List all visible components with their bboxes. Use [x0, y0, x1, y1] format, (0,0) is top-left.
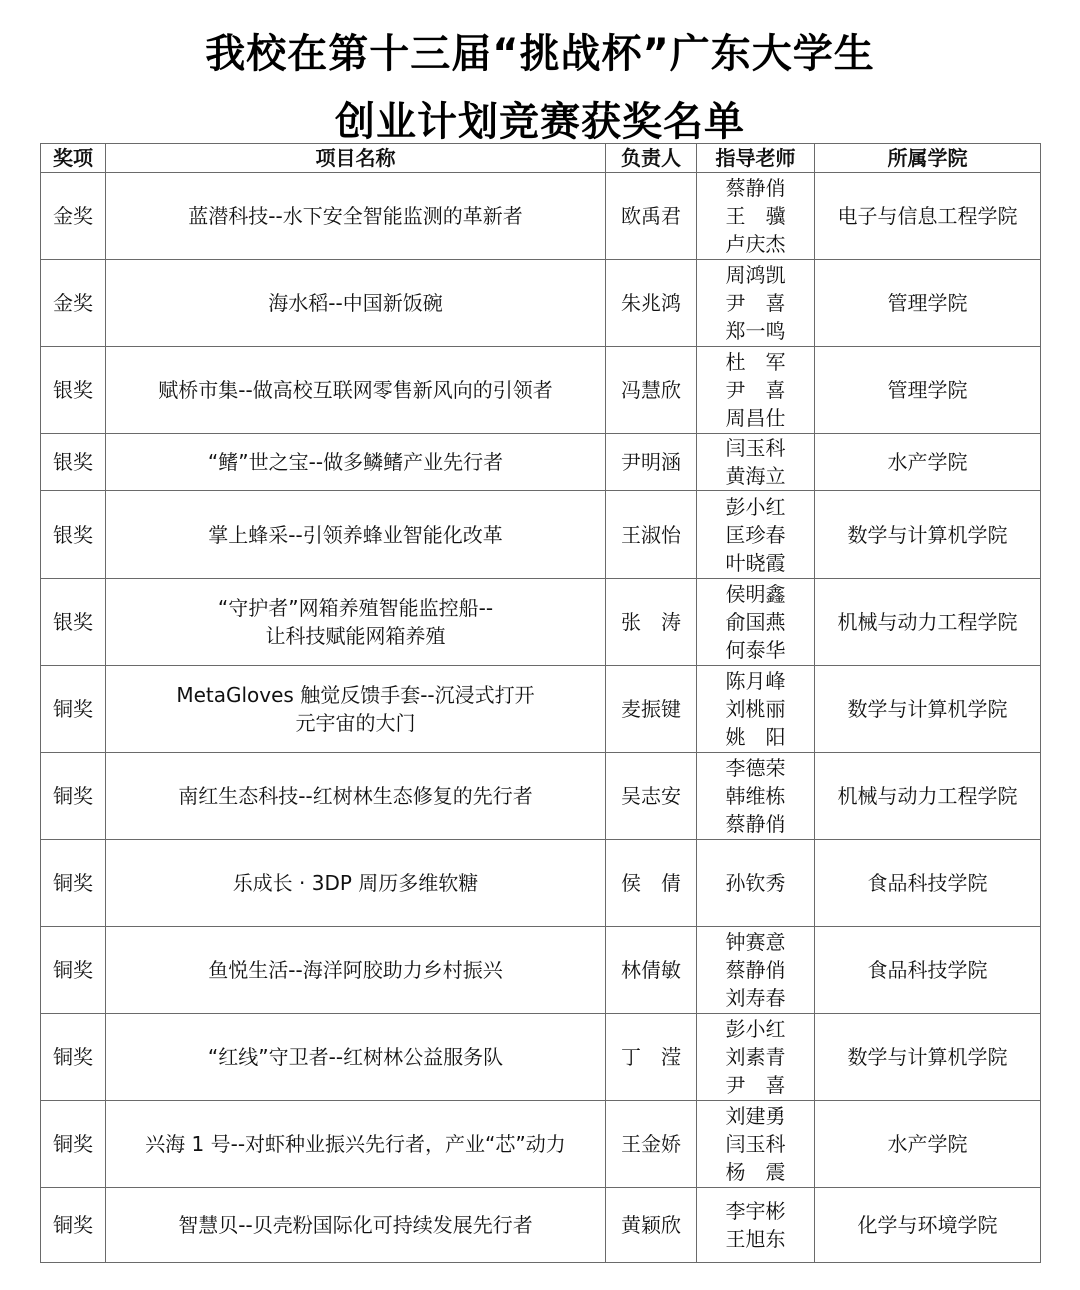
- project-name-line: 海水稻--中国新饭碗: [106, 289, 605, 317]
- award-cell: 铜奖: [41, 927, 106, 1014]
- project-name-line: 掌上蜂采--引领养蜂业智能化改革: [106, 521, 605, 549]
- advisor-name: 蔡静俏: [697, 174, 814, 202]
- project-name-cell: 掌上蜂采--引领养蜂业智能化改革: [106, 491, 606, 579]
- project-name-line: “守护者”网箱养殖智能监控船--: [106, 594, 605, 622]
- award-cell: 铜奖: [41, 753, 106, 840]
- advisor-name: 蔡静俏: [697, 810, 814, 838]
- advisor-name: 李宇彬: [697, 1197, 814, 1225]
- advisor-name: 姚 阳: [697, 723, 814, 751]
- project-name-cell: 蓝潜科技--水下安全智能监测的革新者: [106, 173, 606, 260]
- header-college: 所属学院: [815, 144, 1041, 173]
- award-cell: 银奖: [41, 579, 106, 666]
- advisor-name: 刘寿春: [697, 984, 814, 1012]
- advisors-cell: 闫玉科黄海立: [697, 434, 815, 491]
- college-cell: 食品科技学院: [815, 927, 1041, 1014]
- college-cell: 数学与计算机学院: [815, 666, 1041, 753]
- advisor-name: 郑一鸣: [697, 317, 814, 345]
- leader-cell: 张 涛: [606, 579, 697, 666]
- advisors-cell: 蔡静俏王 骥卢庆杰: [697, 173, 815, 260]
- advisor-name: 韩维栋: [697, 782, 814, 810]
- table-row: 银奖“鳍”世之宝--做多鳞鳍产业先行者尹明涵闫玉科黄海立水产学院: [41, 434, 1041, 491]
- advisors-cell: 钟赛意蔡静俏刘寿春: [697, 927, 815, 1014]
- advisor-name: 卢庆杰: [697, 230, 814, 258]
- advisor-name: 俞国燕: [697, 608, 814, 636]
- project-name-cell: 乐成长 · 3DP 周历多维软糖: [106, 840, 606, 927]
- leader-cell: 黄颖欣: [606, 1188, 697, 1263]
- advisors-cell: 周鸿凯尹 喜郑一鸣: [697, 260, 815, 347]
- award-cell: 铜奖: [41, 1188, 106, 1263]
- table-row: 铜奖“红线”守卫者--红树林公益服务队丁 滢彭小红刘素青尹 喜数学与计算机学院: [41, 1014, 1041, 1101]
- project-name-cell: 赋桥市集--做高校互联网零售新风向的引领者: [106, 347, 606, 434]
- project-name-cell: MetaGloves 触觉反馈手套--沉浸式打开元宇宙的大门: [106, 666, 606, 753]
- advisors-cell: 刘建勇闫玉科杨 震: [697, 1101, 815, 1188]
- project-name-cell: 兴海 1 号--对虾种业振兴先行者，产业“芯”动力: [106, 1101, 606, 1188]
- advisor-name: 彭小红: [697, 493, 814, 521]
- project-name-line: 赋桥市集--做高校互联网零售新风向的引领者: [106, 376, 605, 404]
- advisors-cell: 彭小红匡珍春叶晓霞: [697, 491, 815, 579]
- award-cell: 铜奖: [41, 666, 106, 753]
- advisor-name: 杜 军: [697, 348, 814, 376]
- advisor-name: 蔡静俏: [697, 956, 814, 984]
- advisor-name: 尹 喜: [697, 1071, 814, 1099]
- leader-cell: 王金娇: [606, 1101, 697, 1188]
- table-row: 铜奖鱼悦生活--海洋阿胶助力乡村振兴林倩敏钟赛意蔡静俏刘寿春食品科技学院: [41, 927, 1041, 1014]
- advisor-name: 李德荣: [697, 754, 814, 782]
- project-name-cell: 智慧贝--贝壳粉国际化可持续发展先行者: [106, 1188, 606, 1263]
- advisor-name: 周鸿凯: [697, 261, 814, 289]
- header-award: 奖项: [41, 144, 106, 173]
- award-cell: 铜奖: [41, 1101, 106, 1188]
- table-row: 铜奖乐成长 · 3DP 周历多维软糖侯 倩孙钦秀食品科技学院: [41, 840, 1041, 927]
- college-cell: 数学与计算机学院: [815, 491, 1041, 579]
- advisor-name: 钟赛意: [697, 928, 814, 956]
- project-name-line: 让科技赋能网箱养殖: [106, 622, 605, 650]
- table-row: 铜奖兴海 1 号--对虾种业振兴先行者，产业“芯”动力王金娇刘建勇闫玉科杨 震水…: [41, 1101, 1041, 1188]
- project-name-line: 元宇宙的大门: [106, 709, 605, 737]
- advisors-cell: 杜 军尹 喜周昌仕: [697, 347, 815, 434]
- table-row: 金奖蓝潜科技--水下安全智能监测的革新者欧禹君蔡静俏王 骥卢庆杰电子与信息工程学…: [41, 173, 1041, 260]
- advisor-name: 黄海立: [697, 462, 814, 490]
- leader-cell: 丁 滢: [606, 1014, 697, 1101]
- header-project-name: 项目名称: [106, 144, 606, 173]
- award-cell: 金奖: [41, 260, 106, 347]
- advisor-name: 闫玉科: [697, 434, 814, 462]
- awards-table: 奖项 项目名称 负责人 指导老师 所属学院 金奖蓝潜科技--水下安全智能监测的革…: [40, 143, 1041, 1263]
- project-name-cell: 海水稻--中国新饭碗: [106, 260, 606, 347]
- project-name-cell: 鱼悦生活--海洋阿胶助力乡村振兴: [106, 927, 606, 1014]
- college-cell: 化学与环境学院: [815, 1188, 1041, 1263]
- award-cell: 银奖: [41, 434, 106, 491]
- award-cell: 金奖: [41, 173, 106, 260]
- advisor-name: 周昌仕: [697, 404, 814, 432]
- advisor-name: 尹 喜: [697, 289, 814, 317]
- college-cell: 机械与动力工程学院: [815, 579, 1041, 666]
- college-cell: 水产学院: [815, 434, 1041, 491]
- project-name-cell: “守护者”网箱养殖智能监控船--让科技赋能网箱养殖: [106, 579, 606, 666]
- document-title-line-1: 我校在第十三届“挑战杯”广东大学生: [0, 22, 1080, 79]
- leader-cell: 尹明涵: [606, 434, 697, 491]
- project-name-line: 兴海 1 号--对虾种业振兴先行者，产业“芯”动力: [106, 1130, 605, 1158]
- project-name-line: 蓝潜科技--水下安全智能监测的革新者: [106, 202, 605, 230]
- college-cell: 管理学院: [815, 260, 1041, 347]
- table-row: 金奖海水稻--中国新饭碗朱兆鸿周鸿凯尹 喜郑一鸣管理学院: [41, 260, 1041, 347]
- project-name-line: “红线”守卫者--红树林公益服务队: [106, 1043, 605, 1071]
- advisor-name: 王旭东: [697, 1225, 814, 1253]
- advisors-cell: 陈月峰刘桃丽姚 阳: [697, 666, 815, 753]
- table-body: 金奖蓝潜科技--水下安全智能监测的革新者欧禹君蔡静俏王 骥卢庆杰电子与信息工程学…: [41, 173, 1041, 1263]
- award-cell: 银奖: [41, 491, 106, 579]
- leader-cell: 吴志安: [606, 753, 697, 840]
- header-leader: 负责人: [606, 144, 697, 173]
- college-cell: 食品科技学院: [815, 840, 1041, 927]
- table-header-row: 奖项 项目名称 负责人 指导老师 所属学院: [41, 144, 1041, 173]
- advisor-name: 匡珍春: [697, 521, 814, 549]
- table-row: 银奖“守护者”网箱养殖智能监控船--让科技赋能网箱养殖张 涛侯明鑫俞国燕何泰华机…: [41, 579, 1041, 666]
- leader-cell: 王淑怡: [606, 491, 697, 579]
- advisor-name: 叶晓霞: [697, 549, 814, 577]
- header-advisors: 指导老师: [697, 144, 815, 173]
- college-cell: 水产学院: [815, 1101, 1041, 1188]
- table-row: 铜奖智慧贝--贝壳粉国际化可持续发展先行者黄颖欣李宇彬王旭东化学与环境学院: [41, 1188, 1041, 1263]
- advisors-cell: 李德荣韩维栋蔡静俏: [697, 753, 815, 840]
- advisors-cell: 侯明鑫俞国燕何泰华: [697, 579, 815, 666]
- college-cell: 电子与信息工程学院: [815, 173, 1041, 260]
- leader-cell: 麦振键: [606, 666, 697, 753]
- advisor-name: 王 骥: [697, 202, 814, 230]
- project-name-line: 乐成长 · 3DP 周历多维软糖: [106, 869, 605, 897]
- advisor-name: 陈月峰: [697, 667, 814, 695]
- project-name-line: “鳍”世之宝--做多鳞鳍产业先行者: [106, 448, 605, 476]
- project-name-line: 南红生态科技--红树林生态修复的先行者: [106, 782, 605, 810]
- advisor-name: 孙钦秀: [697, 869, 814, 897]
- advisor-name: 闫玉科: [697, 1130, 814, 1158]
- table-row: 银奖掌上蜂采--引领养蜂业智能化改革王淑怡彭小红匡珍春叶晓霞数学与计算机学院: [41, 491, 1041, 579]
- leader-cell: 林倩敏: [606, 927, 697, 1014]
- college-cell: 机械与动力工程学院: [815, 753, 1041, 840]
- project-name-line: MetaGloves 触觉反馈手套--沉浸式打开: [106, 681, 605, 709]
- table-row: 铜奖MetaGloves 触觉反馈手套--沉浸式打开元宇宙的大门麦振键陈月峰刘桃…: [41, 666, 1041, 753]
- advisor-name: 彭小红: [697, 1015, 814, 1043]
- advisors-cell: 彭小红刘素青尹 喜: [697, 1014, 815, 1101]
- leader-cell: 侯 倩: [606, 840, 697, 927]
- award-cell: 银奖: [41, 347, 106, 434]
- table-row: 铜奖南红生态科技--红树林生态修复的先行者吴志安李德荣韩维栋蔡静俏机械与动力工程…: [41, 753, 1041, 840]
- project-name-cell: 南红生态科技--红树林生态修复的先行者: [106, 753, 606, 840]
- document-title-line-2: 创业计划竞赛获奖名单: [0, 90, 1080, 147]
- leader-cell: 冯慧欣: [606, 347, 697, 434]
- advisor-name: 何泰华: [697, 636, 814, 664]
- advisors-cell: 李宇彬王旭东: [697, 1188, 815, 1263]
- project-name-line: 智慧贝--贝壳粉国际化可持续发展先行者: [106, 1211, 605, 1239]
- table-row: 银奖赋桥市集--做高校互联网零售新风向的引领者冯慧欣杜 军尹 喜周昌仕管理学院: [41, 347, 1041, 434]
- project-name-line: 鱼悦生活--海洋阿胶助力乡村振兴: [106, 956, 605, 984]
- leader-cell: 朱兆鸿: [606, 260, 697, 347]
- advisor-name: 刘建勇: [697, 1102, 814, 1130]
- project-name-cell: “红线”守卫者--红树林公益服务队: [106, 1014, 606, 1101]
- advisor-name: 尹 喜: [697, 376, 814, 404]
- advisor-name: 杨 震: [697, 1158, 814, 1186]
- award-cell: 铜奖: [41, 840, 106, 927]
- leader-cell: 欧禹君: [606, 173, 697, 260]
- award-cell: 铜奖: [41, 1014, 106, 1101]
- advisors-cell: 孙钦秀: [697, 840, 815, 927]
- college-cell: 管理学院: [815, 347, 1041, 434]
- advisor-name: 刘素青: [697, 1043, 814, 1071]
- college-cell: 数学与计算机学院: [815, 1014, 1041, 1101]
- project-name-cell: “鳍”世之宝--做多鳞鳍产业先行者: [106, 434, 606, 491]
- advisor-name: 侯明鑫: [697, 580, 814, 608]
- advisor-name: 刘桃丽: [697, 695, 814, 723]
